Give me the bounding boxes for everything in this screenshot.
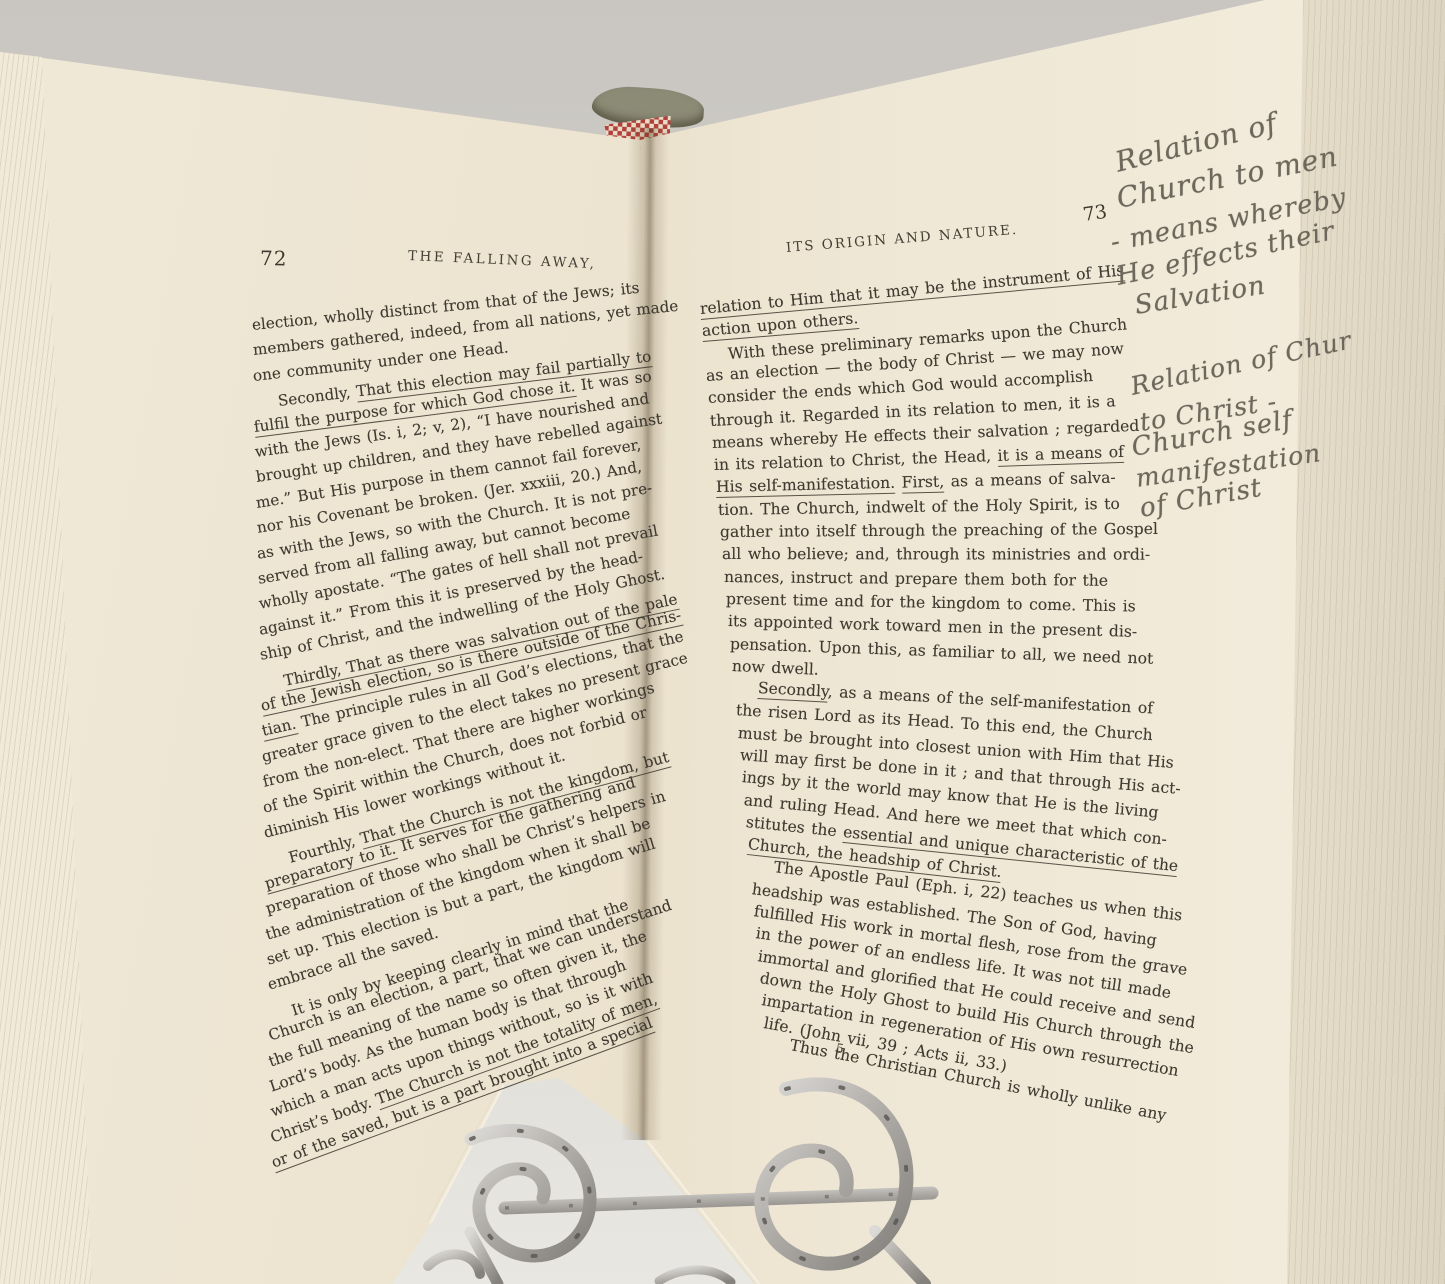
book-stand <box>0 0 1445 1284</box>
book-photograph: 72 THE FALLING AWAY, ITS ORIGIN AND NATU… <box>0 0 1445 1284</box>
stand-left-corner-curl <box>428 1254 480 1274</box>
stand-bottom-curl <box>659 1270 731 1282</box>
stand-right-curl <box>761 1084 906 1263</box>
